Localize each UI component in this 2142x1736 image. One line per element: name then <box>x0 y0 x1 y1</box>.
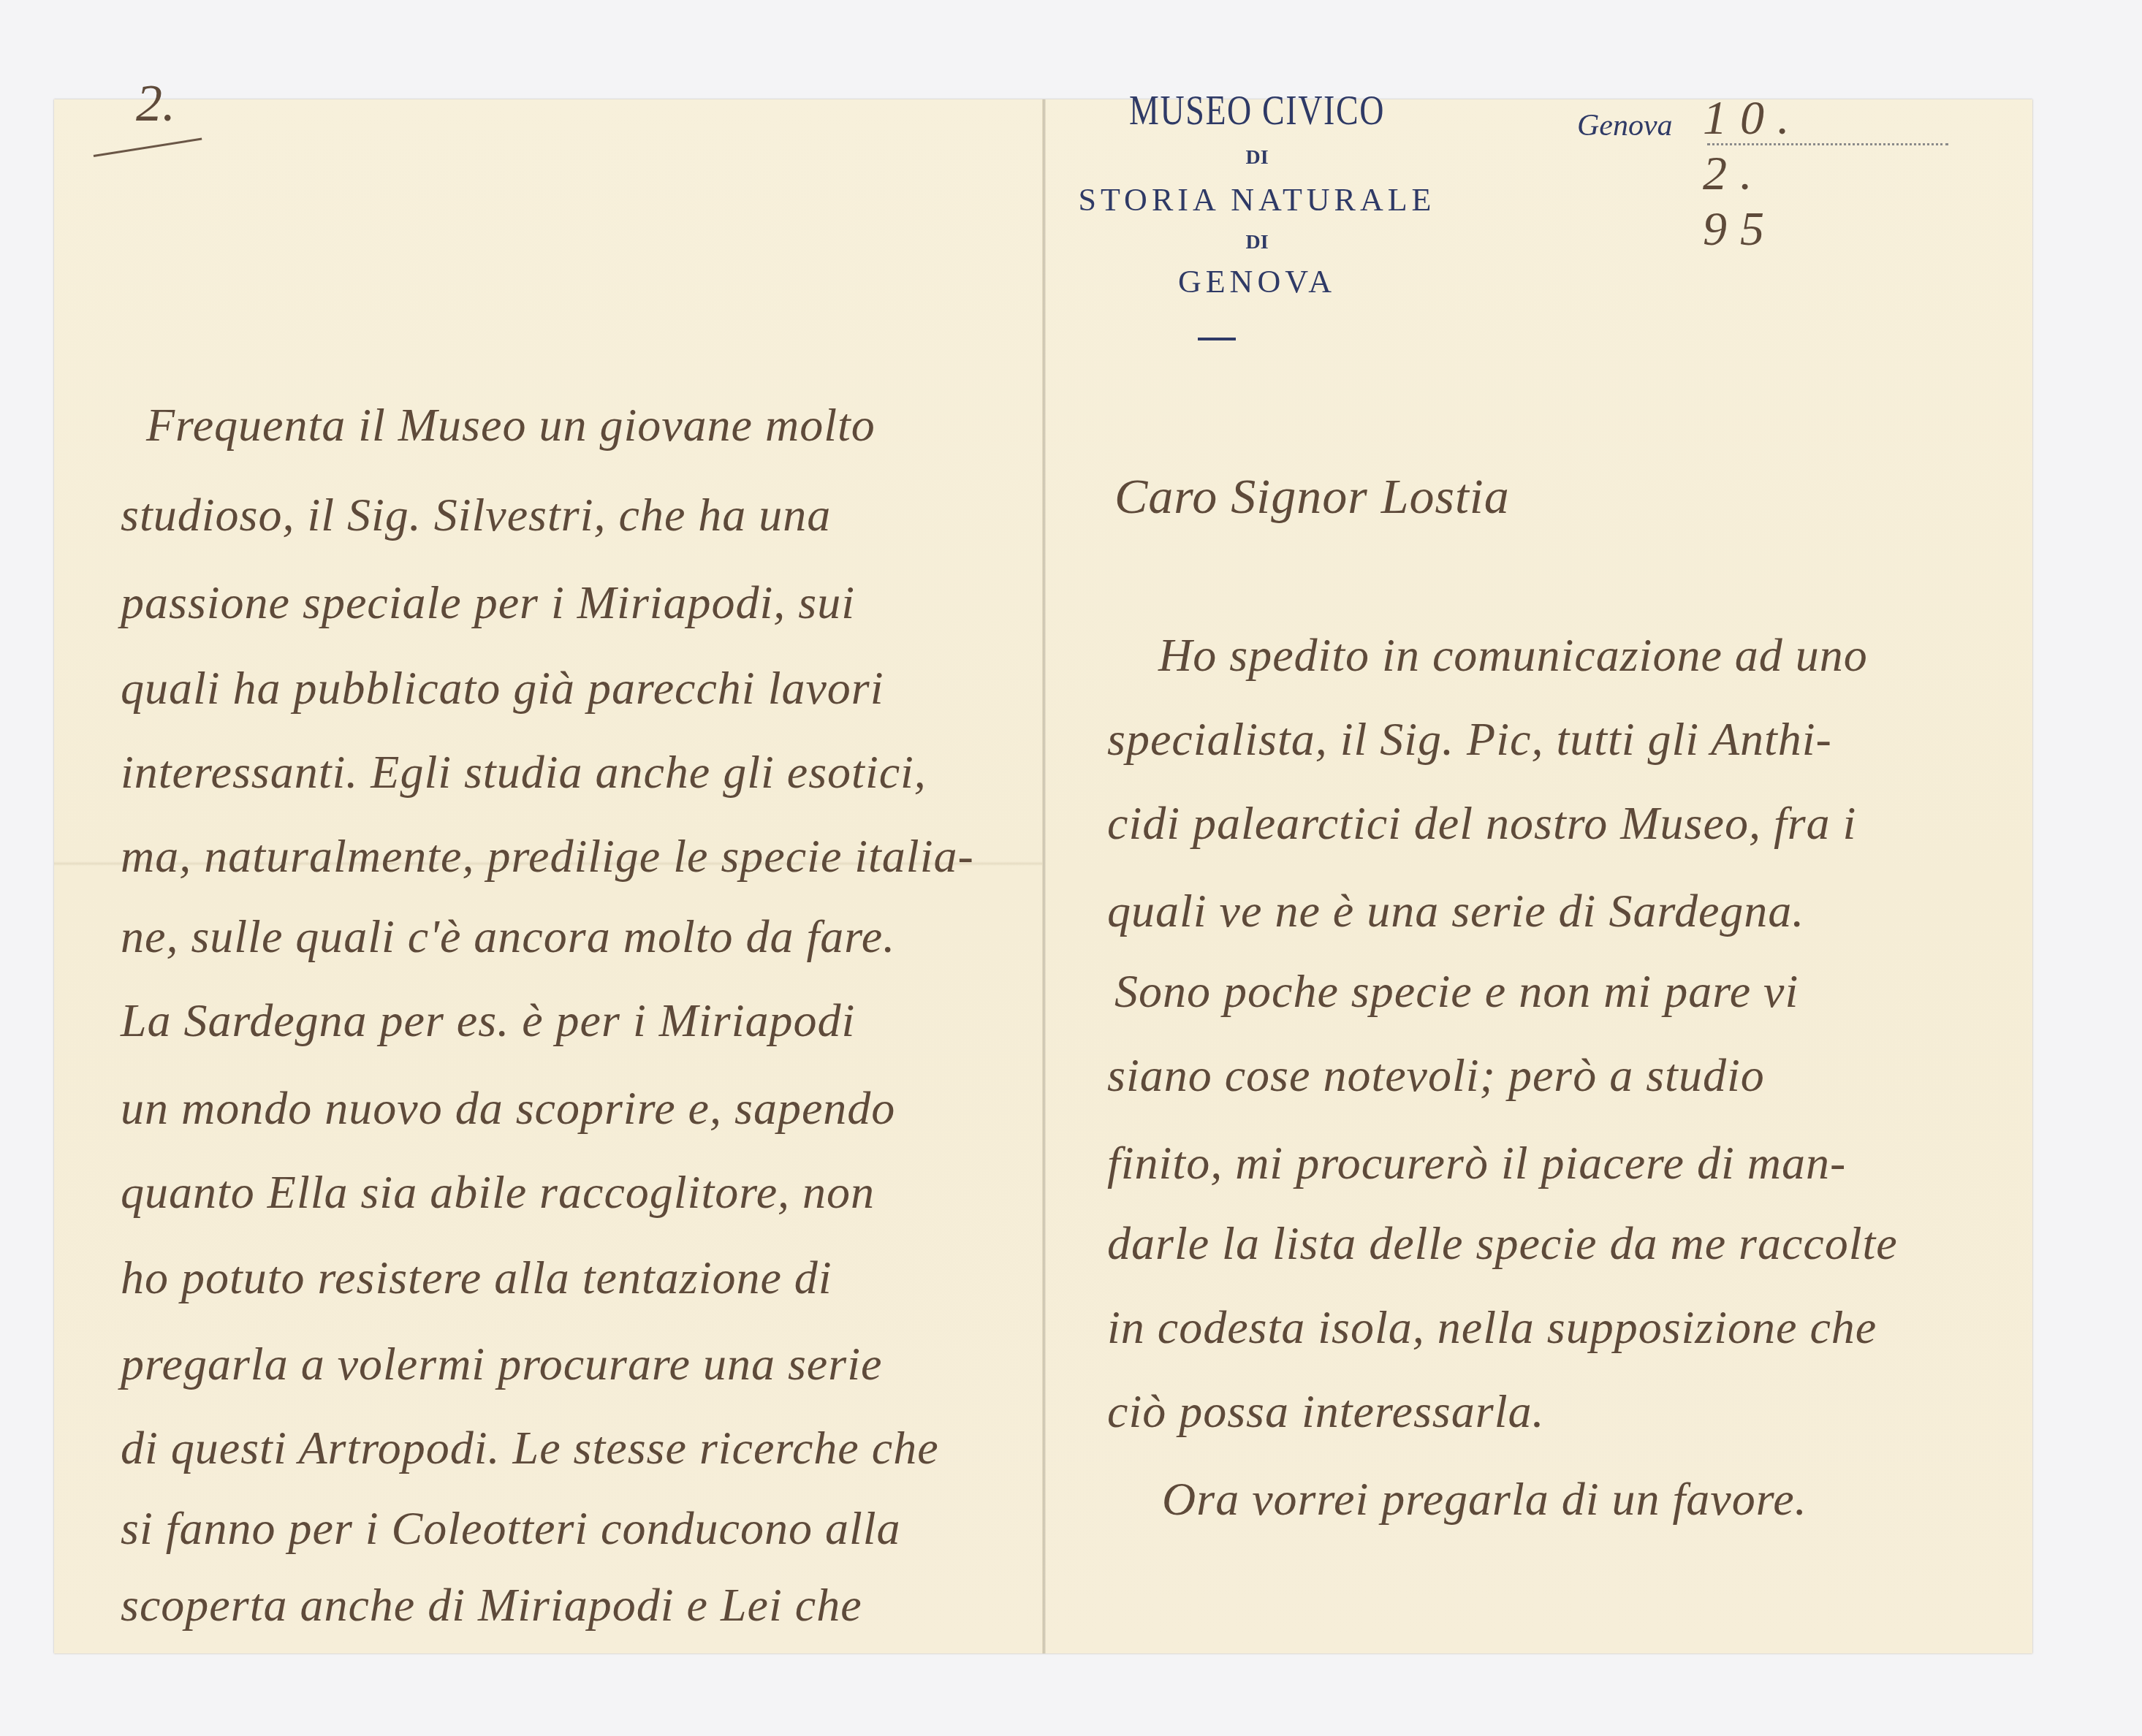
handwritten-line: quali ve ne è una serie di Sardegna. <box>1107 884 1804 938</box>
handwritten-line: interessanti. Egli studia anche gli esot… <box>121 745 927 799</box>
page-number: 2. <box>136 73 175 134</box>
handwritten-line: darle la lista delle specie da me raccol… <box>1107 1217 1898 1271</box>
handwritten-line: ciò possa interessarla. <box>1107 1385 1544 1439</box>
handwritten-line: si fanno per i Coleotteri conducono alla <box>121 1501 900 1556</box>
handwritten-line: scoperta anche di Miriapodi e Lei che <box>121 1578 862 1632</box>
letterhead-subtitle: STORIA NATURALE <box>1038 181 1476 218</box>
handwritten-line: studioso, il Sig. Silvestri, che ha una <box>121 488 831 542</box>
handwritten-line: siano cose notevoli; però a studio <box>1107 1048 1765 1103</box>
letterhead-rule <box>1198 338 1236 340</box>
handwritten-line: ma, naturalmente, predilige le specie it… <box>121 829 974 883</box>
handwritten-line: un mondo nuovo da scoprire e, sapendo <box>121 1081 895 1135</box>
letterhead-city: GENOVA <box>1038 263 1476 300</box>
center-fold <box>1042 99 1046 1653</box>
handwritten-line: cidi palearctici del nostro Museo, fra i <box>1107 796 1856 850</box>
handwritten-line: Ora vorrei pregarla di un favore. <box>1162 1472 1807 1526</box>
date-label: Genova <box>1577 108 1673 143</box>
letterhead-di: DI <box>1038 231 1476 254</box>
handwritten-line: pregarla a volermi procurare una serie <box>121 1337 882 1391</box>
handwritten-line: ho potuto resistere alla tentazione di <box>121 1251 832 1305</box>
handwritten-line: in codesta isola, nella supposizione che <box>1107 1301 1877 1355</box>
handwritten-line: Frequenta il Museo un giovane molto <box>146 398 876 452</box>
salutation: Caro Signor Lostia <box>1114 468 1510 525</box>
handwritten-line: di questi Artropodi. Le stesse ricerche … <box>121 1421 939 1475</box>
handwritten-line: finito, mi procurerò il piacere di man- <box>1107 1136 1846 1190</box>
handwritten-line: ne, sulle quali c'è ancora molto da fare… <box>121 910 895 964</box>
letterhead-title: MUSEO CIVICO <box>1077 88 1437 134</box>
handwritten-line: quali ha pubblicato già parecchi lavori <box>121 661 884 715</box>
handwritten-line: passione speciale per i Miriapodi, sui <box>121 576 855 630</box>
handwritten-line: La Sardegna per es. è per i Miriapodi <box>121 994 855 1048</box>
handwritten-line: Ho spedito in comunicazione ad uno <box>1158 628 1868 682</box>
letterhead-di: DI <box>1038 146 1476 170</box>
handwritten-line: Sono poche specie e non mi pare vi <box>1114 964 1799 1019</box>
date-dotted-line <box>1707 143 1948 145</box>
handwritten-line: quanto Ella sia abile raccoglitore, non <box>121 1165 875 1219</box>
handwritten-line: specialista, il Sig. Pic, tutti gli Anth… <box>1107 712 1832 766</box>
date-value: 10. 2. 95 <box>1703 91 1803 257</box>
